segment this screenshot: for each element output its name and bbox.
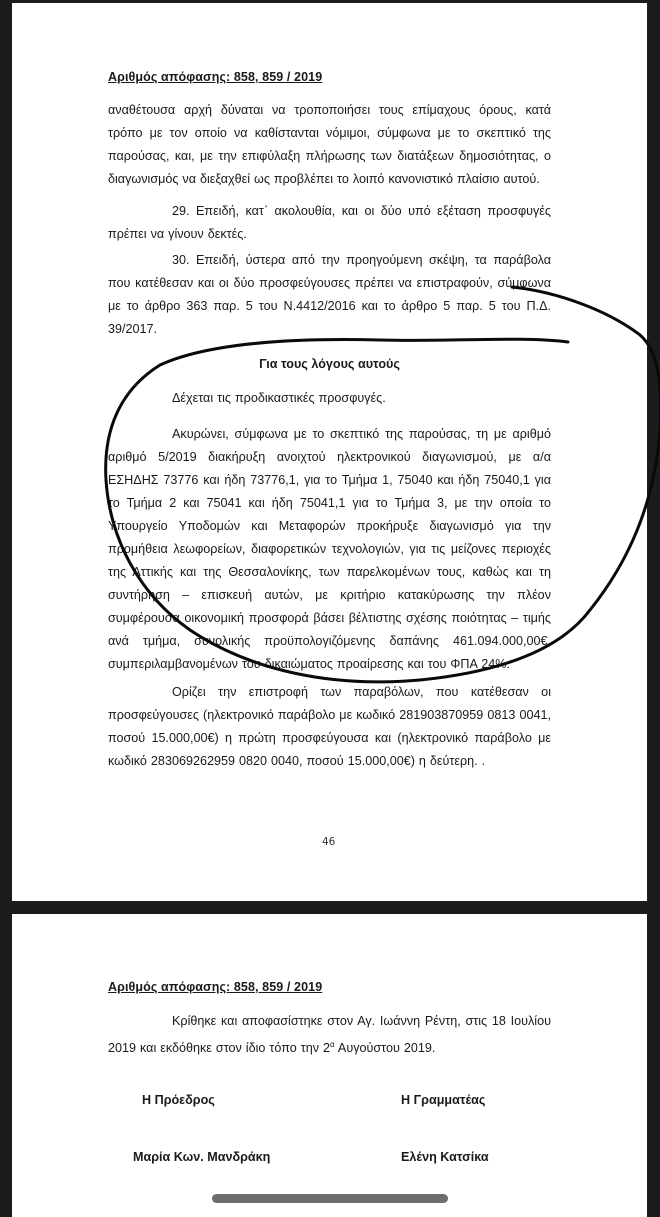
president-name: Μαρία Κων. Μανδράκη [133,1150,270,1164]
president-title: Η Πρόεδρος [142,1093,215,1107]
secretary-title: Η Γραμματέας [401,1093,485,1107]
decided-text-end: Αυγούστου 2019. [335,1041,436,1055]
secretary-name: Ελένη Κατσίκα [401,1150,489,1164]
paragraph-29: 29. Επειδή, κατ᾽ ακολουθία, και οι δύο υ… [108,200,551,246]
paragraph-30: 30. Επειδή, ύστερα από την προηγούμενη σ… [108,249,551,341]
home-indicator-bar[interactable] [212,1194,448,1203]
decision-number-header: Αριθμός απόφασης: 858, 859 / 2019 [108,980,322,994]
section-title: Για τους λόγους αυτούς [108,357,551,371]
document-page-46: Αριθμός απόφασης: 858, 859 / 2019 αναθέτ… [12,3,647,901]
page-number: 46 [322,836,335,848]
paragraph-decided: Κρίθηκε και αποφασίστηκε στον Αγ. Ιωάννη… [108,1010,551,1060]
paragraph-accept: Δέχεται τις προδικαστικές προσφυγές. [108,387,551,410]
decision-number-header: Αριθμός απόφασης: 858, 859 / 2019 [108,70,322,84]
paragraph-intro: αναθέτουσα αρχή δύναται να τροποποιήσει … [108,99,551,191]
document-page-47: Αριθμός απόφασης: 858, 859 / 2019 Κρίθηκ… [12,914,647,1217]
paragraph-refund: Ορίζει την επιστροφή των παραβόλων, που … [108,681,551,773]
decided-text: Κρίθηκε και αποφασίστηκε στον Αγ. Ιωάννη… [108,1014,551,1055]
paragraph-annul: Ακυρώνει, σύμφωνα με το σκεπτικό της παρ… [108,423,551,676]
